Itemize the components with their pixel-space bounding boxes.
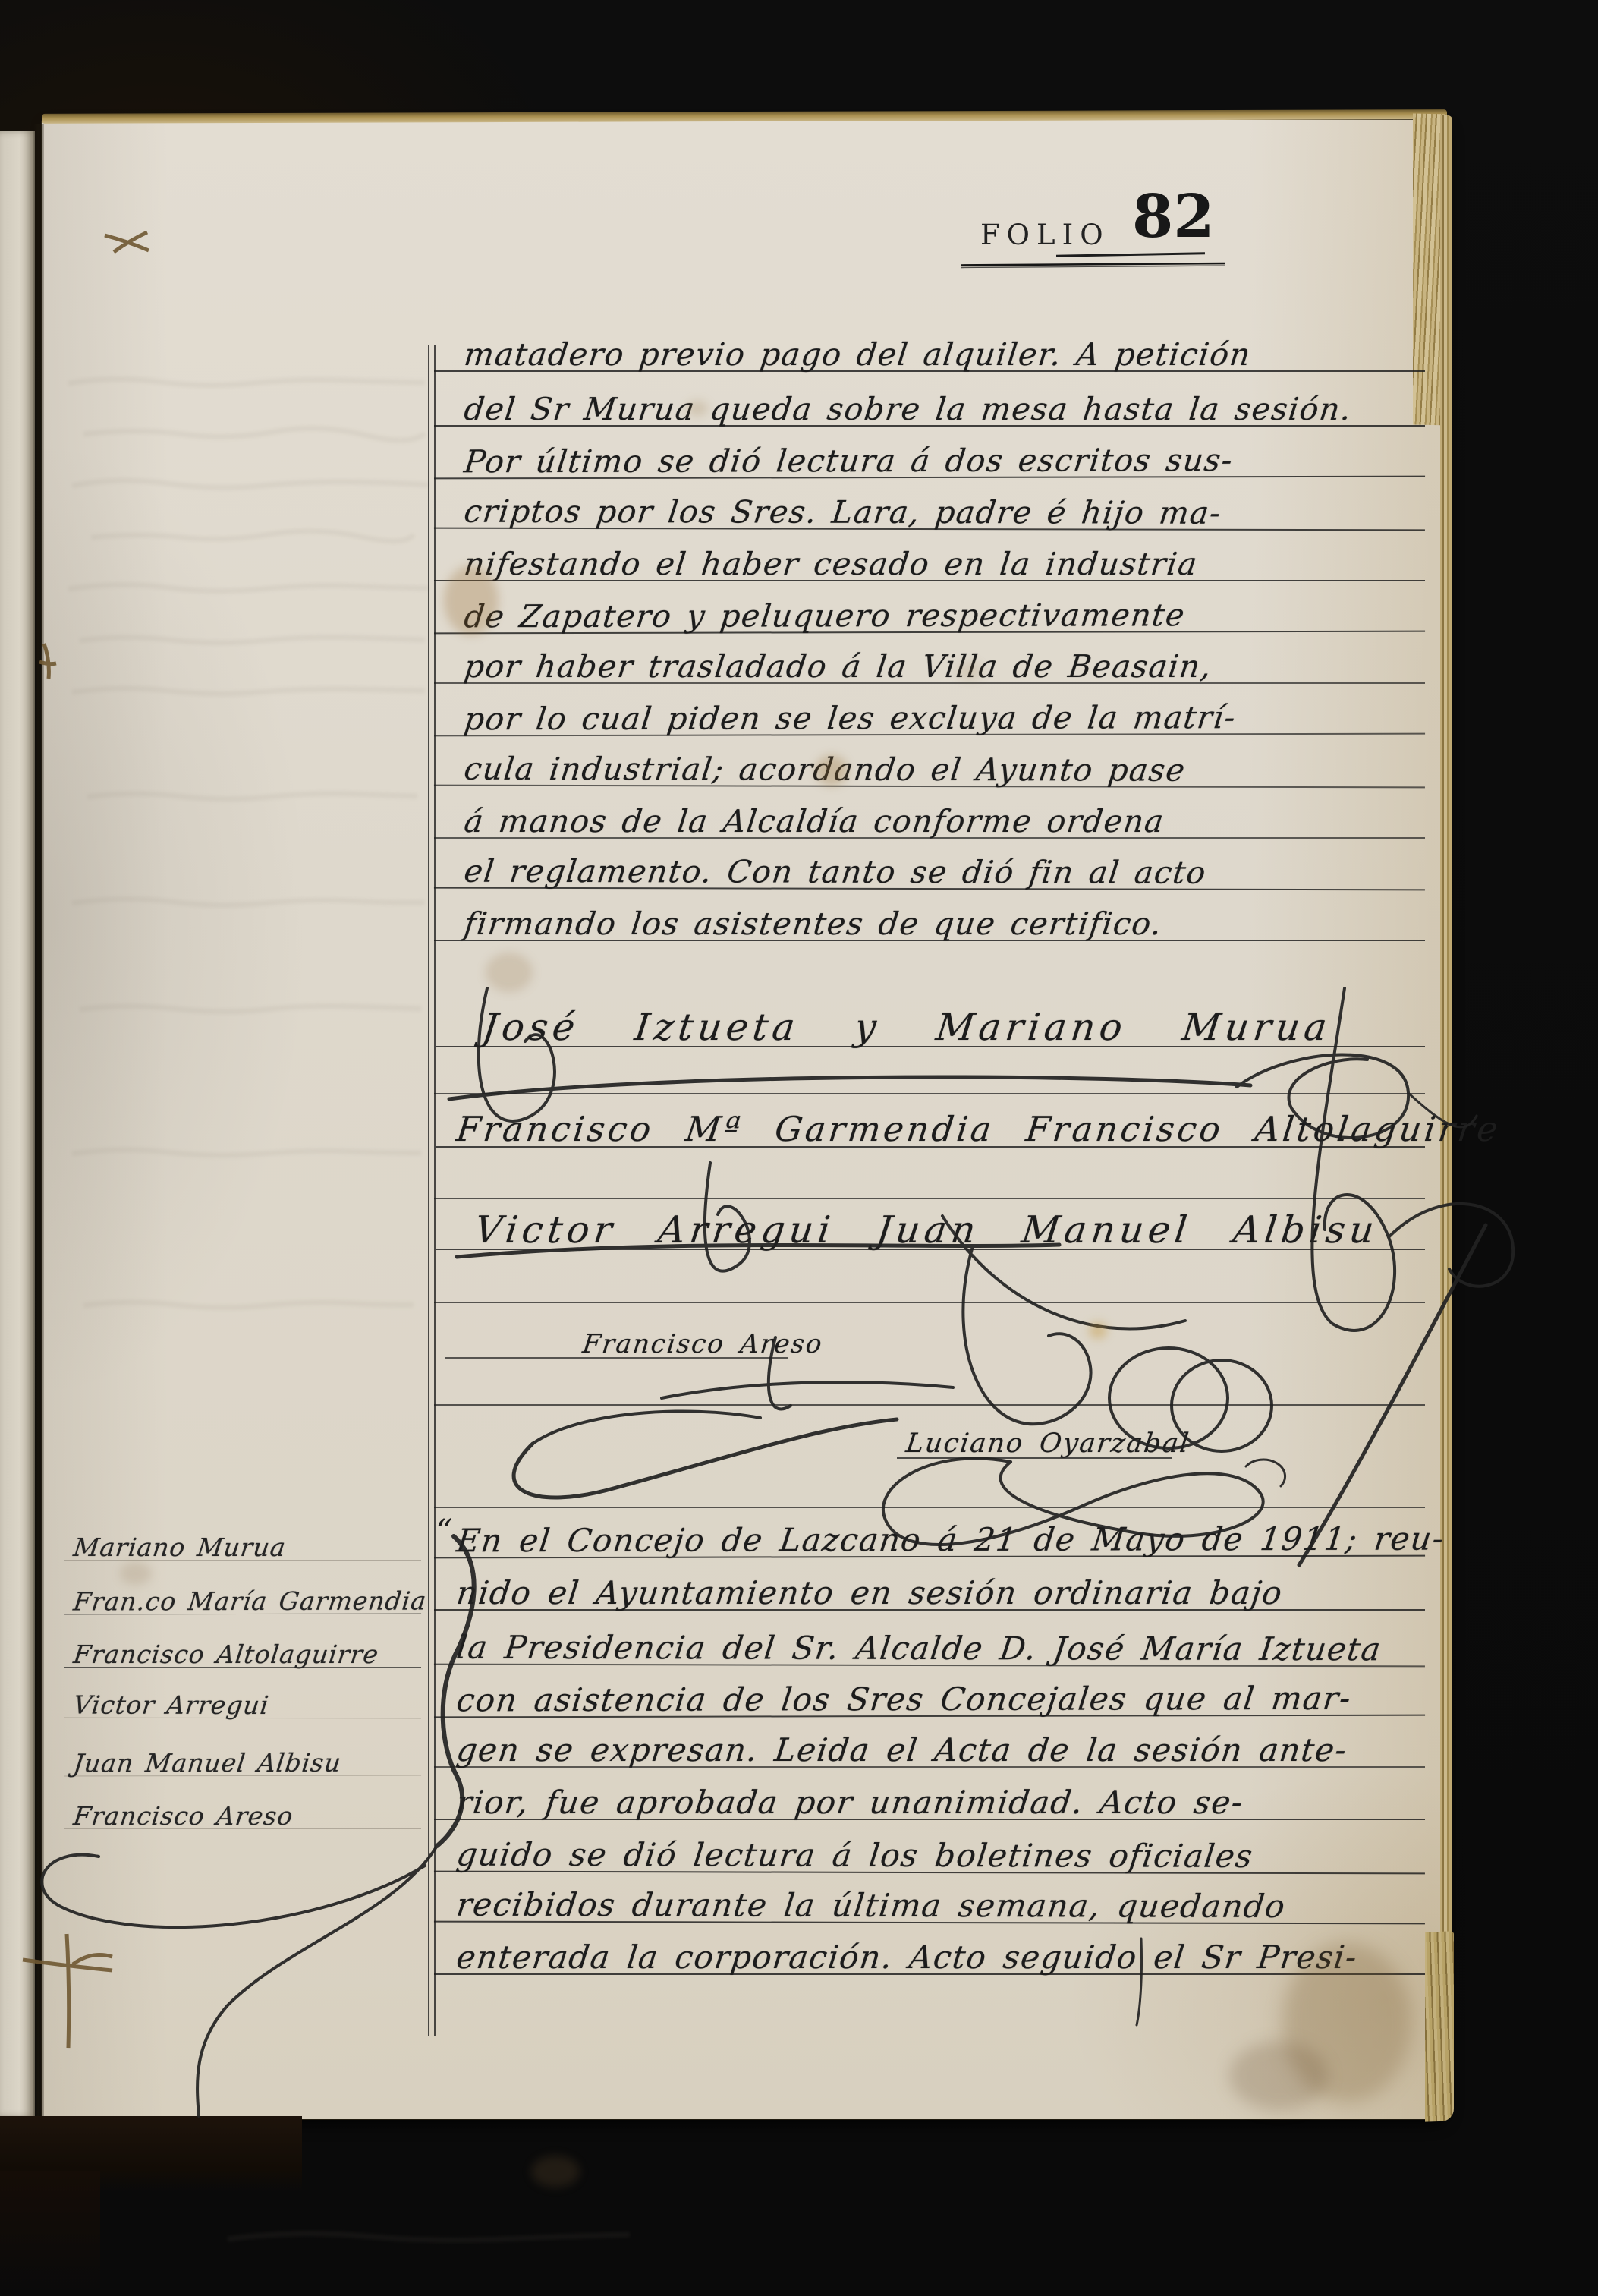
manuscript-line: con asistencia de los Sres Concejales qu… [434,1668,1425,1718]
signature-row-oyarzabal: Luciano Oyarzabal [897,1401,1172,1459]
manuscript-line-text: firmando los asistentes de que certifico… [462,909,1164,940]
folio-label: FOLIO [980,219,1110,251]
manuscript-line-text: guido se dió lectura á los boletines ofi… [455,1839,1255,1872]
manuscript-line-text: el reglamento. Con tanto se dió fin al a… [462,856,1208,889]
foxing-stain [531,2156,580,2187]
blank-ruled-line [434,1507,1425,1508]
manuscript-line: el reglamento. Con tanto se dió fin al a… [434,840,1425,891]
foxing-stain [444,565,499,635]
folio-number: 82 [1132,182,1215,251]
manuscript-line-text: nifestando el haber cesado en la industr… [462,549,1200,580]
manuscript-line: á manos de la Alcaldía conforme ordena [434,790,1425,839]
foxing-stain [687,401,708,416]
manuscript-line-text: matadero previo pago del alquiler. A pet… [462,339,1253,370]
manuscript-line-text: Fran.co María Garmendia [72,1588,428,1614]
signature-text: José Iztueta y Mariano Murua [480,1009,1333,1046]
signature-row-garmendia-altolaguirre: Francisco Mª Garmendia Francisco Altolag… [436,1081,1425,1148]
manuscript-line: Por último se dió lectura á dos escritos… [434,429,1425,480]
manuscript-line-text: de Zapatero y peluquero respectivamente [463,600,1187,632]
binding-crease [33,124,44,2120]
margin-attendee-name: Francisco Altolaguirre [64,1619,421,1668]
manuscript-line-text: la Presidencia del Sr. Alcalde D. José M… [455,1632,1383,1666]
margin-attendee-name: Francisco Areso [64,1781,421,1829]
manuscript-line: nido el Ayuntamiento en sesión ordinaria… [434,1562,1425,1611]
manuscript-line: criptos por los Sres. Lara, padre é hijo… [434,480,1425,531]
manuscript-line: recibidos durante la última semana, qued… [434,1874,1425,1925]
manuscript-line-text: gen se expresan. Leida el Acta de la ses… [455,1734,1349,1766]
manuscript-line-text: del Sr Murua queda sobre la mesa hasta l… [462,394,1354,425]
manuscript-line-text: En el Concejo de Lazcano á 21 de Mayo de… [455,1523,1446,1557]
signature-text: Luciano Oyarzabal [904,1431,1191,1457]
manuscript-line: la Presidencia del Sr. Alcalde D. José M… [434,1617,1425,1668]
manuscript-line-text: criptos por los Sres. Lara, padre é hijo… [462,496,1223,529]
manuscript-line: cula industrial; acordando el Ayunto pas… [434,738,1425,789]
manuscript-line-text: Mariano Murua [72,1535,288,1560]
signature-row-iztueta-murua: José Iztueta y Mariano Murua [436,979,1425,1047]
manuscript-line: de Zapatero y peluquero respectivamente [434,584,1425,635]
manuscript-line: firmando los asistentes de que certifico… [434,893,1425,941]
foxing-stain [816,755,848,786]
signature-text: Francisco Mª Garmendia Francisco Altolag… [455,1112,1502,1146]
manuscript-line: guido se dió lectura á los boletines ofi… [434,1824,1425,1875]
manuscript-line-text: con asistencia de los Sres Concejales qu… [455,1683,1353,1716]
manuscript-line-text: Francisco Areso [72,1803,294,1828]
manuscript-line-text: á manos de la Alcaldía conforme ordena [462,806,1166,837]
manuscript-line-text: nido el Ayuntamiento en sesión ordinaria… [455,1577,1285,1609]
manuscript-line-text: por haber trasladado á la Villa de Beasa… [462,651,1213,682]
foxing-stain [958,662,982,680]
manuscript-line: En el Concejo de Lazcano á 21 de Mayo de… [434,1508,1425,1559]
manuscript-line-text: Por último se dió lectura á dos escritos… [463,445,1235,477]
manuscript-line-text: por lo cual piden se les excluya de la m… [463,702,1238,735]
foxing-stain [120,1562,152,1585]
signature-text: Victor Arregui Juan Manuel Albisu [473,1211,1380,1249]
signature-text: Francisco Areso [581,1331,825,1357]
margin-attendee-name: Mariano Murua [64,1512,421,1561]
margin-rule-outer [428,345,429,2036]
book-photograph: FOLIO 82 matadero previo pago del alquil… [0,0,1598,2296]
book-cover-edge [0,2171,100,2296]
manuscript-line-text: Francisco Altolaguirre [72,1642,380,1667]
manuscript-line: matadero previo pago del alquiler. A pet… [434,323,1425,372]
manuscript-line: enterada la corporación. Acto seguido el… [434,1926,1425,1975]
manuscript-line-text: enterada la corporación. Acto seguido el… [455,1942,1359,1973]
signature-row-areso: Francisco Areso [445,1302,788,1359]
binding-page-sliver [0,131,35,2118]
manuscript-line-text: recibidos durante la última semana, qued… [455,1889,1288,1923]
margin-attendee-name: Juan Manuel Albisu [64,1728,421,1777]
manuscript-line: rior, fue aprobada por unanimidad. Acto … [434,1772,1425,1820]
manuscript-line: gen se expresan. Leida el Acta de la ses… [434,1719,1425,1768]
manuscript-line: por lo cual piden se les excluya de la m… [434,686,1425,737]
foxing-stain [1089,1322,1107,1339]
manuscript-line-text: Victor Arregui [72,1693,271,1718]
foxing-stain [1229,2042,1328,2110]
margin-attendee-name: Victor Arregui [64,1670,421,1719]
foxing-stain [486,953,533,992]
margin-attendee-name: Fran.co María Garmendia [64,1566,421,1615]
manuscript-line-text: Juan Manuel Albisu [72,1750,343,1776]
page-stack-edge-bottom-right [1425,1931,1454,2121]
manuscript-line: por haber trasladado á la Villa de Beasa… [434,635,1425,684]
manuscript-line: del Sr Murua queda sobre la mesa hasta l… [434,378,1425,427]
manuscript-line-text: rior, fue aprobada por unanimidad. Acto … [455,1787,1245,1819]
entry-open-mark: “ [436,1513,453,1551]
signature-row-arregui-albisu: Victor Arregui Juan Manuel Albisu [436,1183,1425,1250]
manuscript-line: nifestando el haber cesado en la industr… [434,533,1425,581]
